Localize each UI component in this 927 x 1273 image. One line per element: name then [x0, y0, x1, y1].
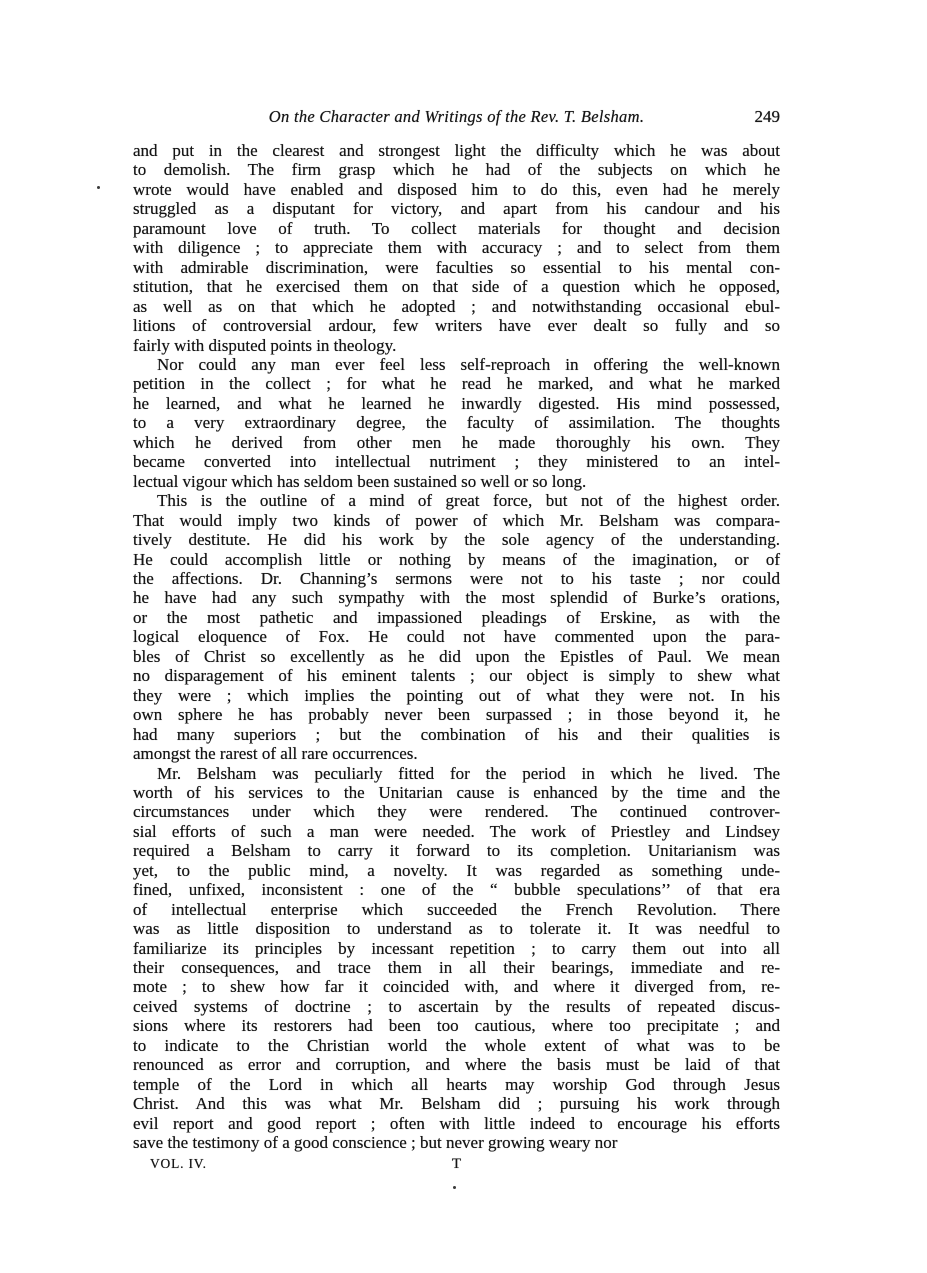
text-line: became converted into intellectual nutri… [133, 452, 780, 471]
page-number: 249 [755, 107, 781, 127]
scan-artifact-dot [97, 186, 100, 189]
text-line: petition in the collect ; for what he re… [133, 374, 780, 393]
text-line: was as little disposition to understand … [133, 919, 780, 938]
text-line: the affections. Dr. Channing’s sermons w… [133, 569, 780, 588]
text-line: This is the outline of a mind of great f… [133, 491, 780, 510]
text-line: renounced as error and corruption, and w… [133, 1055, 780, 1074]
text-line: worth of his services to the Unitarian c… [133, 783, 780, 802]
text-line: amongst the rarest of all rare occurrenc… [133, 744, 780, 763]
text-line: save the testimony of a good conscience … [133, 1133, 780, 1152]
text-line: temple of the Lord in which all hearts m… [133, 1075, 780, 1094]
text-line: they were ; which implies the pointing o… [133, 686, 780, 705]
text-line: Mr. Belsham was peculiarly fitted for th… [133, 764, 780, 783]
text-line: wrote would have enabled and disposed hi… [133, 180, 780, 199]
text-line: he have had any such sympathy with the m… [133, 588, 780, 607]
running-title: On the Character and Writings of the Rev… [269, 107, 645, 126]
text-line: bles of Christ so excellently as he did … [133, 647, 780, 666]
text-line: ceived systems of doctrine ; to ascertai… [133, 997, 780, 1016]
text-line: which he derived from other men he made … [133, 433, 780, 452]
text-line: with admirable discrimination, were facu… [133, 258, 780, 277]
text-line: to indicate to the Christian world the w… [133, 1036, 780, 1055]
signature-mark: T [133, 1156, 780, 1173]
text-line: as well as on that which he adopted ; an… [133, 297, 780, 316]
text-line: had many superiors ; but the combination… [133, 725, 780, 744]
text-line: stitution, that he exercised them on tha… [133, 277, 780, 296]
text-line: litions of controversial ardour, few wri… [133, 316, 780, 335]
text-line: no disparagement of his eminent talents … [133, 666, 780, 685]
text-line: yet, to the public mind, a novelty. It w… [133, 861, 780, 880]
text-line: own sphere he has probably never been su… [133, 705, 780, 724]
text-line: with diligence ; to appreciate them with… [133, 238, 780, 257]
page-footer: VOL. IV. T [133, 1156, 780, 1176]
text-line: of intellectual enterprise which succeed… [133, 900, 780, 919]
text-line: tively destitute. He did his work by the… [133, 530, 780, 549]
text-line: sial efforts of such a man were needed. … [133, 822, 780, 841]
text-line: lectual vigour which has seldom been sus… [133, 472, 780, 491]
text-line: He could accomplish little or nothing by… [133, 550, 780, 569]
scan-artifact-dot [453, 1186, 456, 1189]
book-page: On the Character and Writings of the Rev… [0, 0, 927, 1273]
text-line: their consequences, and trace them in al… [133, 958, 780, 977]
text-line: required a Belsham to carry it forward t… [133, 841, 780, 860]
text-line: or the most pathetic and impassioned ple… [133, 608, 780, 627]
text-line: logical eloquence of Fox. He could not h… [133, 627, 780, 646]
text-line: Christ. And this was what Mr. Belsham di… [133, 1094, 780, 1113]
page-header: On the Character and Writings of the Rev… [133, 107, 780, 129]
text-line: he learned, and what he learned he inwar… [133, 394, 780, 413]
text-line: That would imply two kinds of power of w… [133, 511, 780, 530]
text-line: to a very extraordinary degree, the facu… [133, 413, 780, 432]
text-line: evil report and good report ; often with… [133, 1114, 780, 1133]
text-line: familiarize its principles by incessant … [133, 939, 780, 958]
page-body: and put in the clearest and strongest li… [133, 141, 780, 1153]
text-line: paramount love of truth. To collect mate… [133, 219, 780, 238]
text-line: circumstances under which they were rend… [133, 802, 780, 821]
text-line: and put in the clearest and strongest li… [133, 141, 780, 160]
text-line: fined, unfixed, inconsistent : one of th… [133, 880, 780, 899]
text-line: mote ; to shew how far it coincided with… [133, 977, 780, 996]
text-line: fairly with disputed points in theology. [133, 336, 780, 355]
text-line: struggled as a disputant for victory, an… [133, 199, 780, 218]
text-line: sions where its restorers had been too c… [133, 1016, 780, 1035]
text-line: to demolish. The firm grasp which he had… [133, 160, 780, 179]
text-line: Nor could any man ever feel less self-re… [133, 355, 780, 374]
